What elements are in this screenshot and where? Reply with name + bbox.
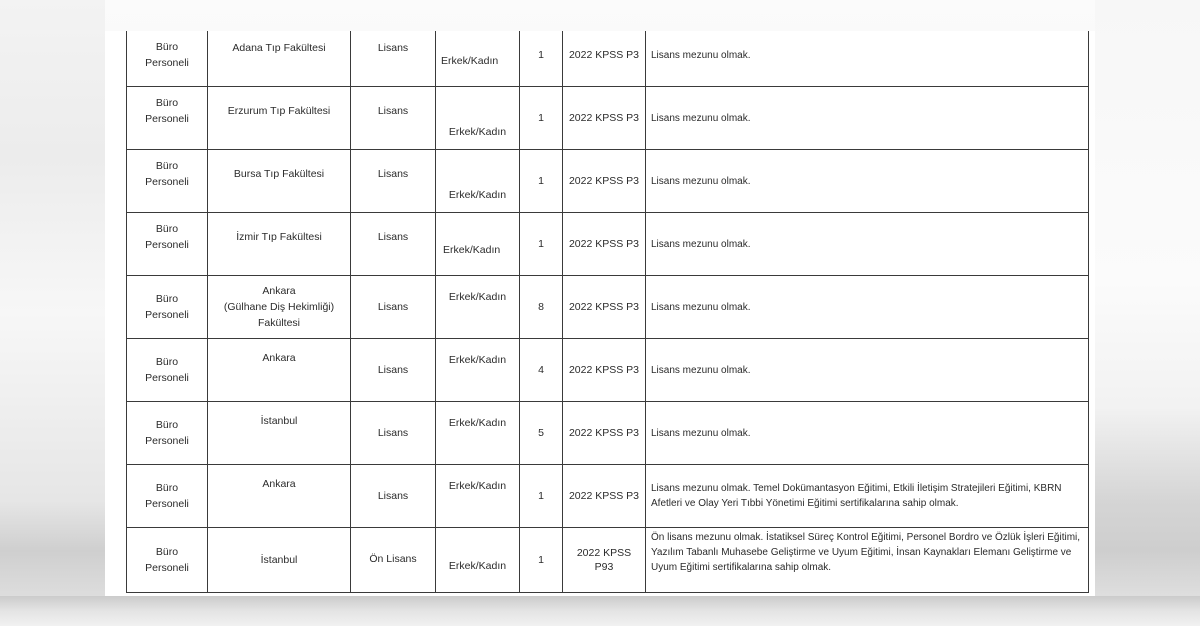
table-row: BüroPersoneli İstanbul Lisans Erkek/Kadı… [127, 402, 1089, 465]
table-row: BüroPersoneli Ankara Lisans Erkek/Kadın … [127, 339, 1089, 402]
job-listing-table: BüroPersoneli Adana Tıp Fakültesi Lisans… [126, 31, 1089, 593]
gender-text: Erkek/Kadın [449, 189, 506, 201]
count-text: 1 [538, 112, 544, 124]
unit-cell: Erzurum Tıp Fakültesi [208, 87, 351, 150]
education-cell: Ön Lisans [351, 528, 436, 593]
gender-cell: Erkek/Kadın [436, 31, 520, 87]
requirements-text: Lisans mezunu olmak. [651, 428, 751, 439]
exam-text: 2022 KPSS P3 [569, 490, 639, 502]
exam-text: 2022 KPSS P3 [569, 112, 639, 124]
count-text: 8 [538, 301, 544, 313]
requirements-text: Lisans mezunu olmak. [651, 365, 751, 376]
exam-cell: 2022 KPSS P3 [563, 465, 646, 528]
position-line: Büro [156, 356, 178, 368]
requirements-text: Lisans mezunu olmak. [651, 176, 751, 187]
education-text: Ön Lisans [369, 553, 416, 565]
exam-cell: 2022 KPSS P3 [563, 31, 646, 87]
gender-text: Erkek/Kadın [449, 417, 506, 429]
position-line: Büro [156, 160, 178, 172]
education-cell: Lisans [351, 87, 436, 150]
position-line: Büro [156, 482, 178, 494]
count-cell: 1 [520, 465, 563, 528]
position-cell: BüroPersoneli [127, 528, 208, 593]
requirements-text: Ön lisans mezunu olmak. İstatiksel Süreç… [651, 532, 1080, 573]
exam-cell: 2022 KPSS P3 [563, 402, 646, 465]
unit-cell: Ankara [208, 339, 351, 402]
background-blur-bottom [0, 596, 1200, 626]
exam-text: 2022 KPSS P3 [569, 301, 639, 313]
position-line: Büro [156, 419, 178, 431]
position-line: Personeli [145, 113, 189, 125]
table-row: BüroPersoneli İstanbul Ön Lisans Erkek/K… [127, 528, 1089, 593]
unit-text: İzmir Tıp Fakültesi [236, 231, 322, 243]
position-line: Personeli [145, 239, 189, 251]
unit-text: Erzurum Tıp Fakültesi [228, 105, 331, 117]
gender-text: Erkek/Kadın [449, 126, 506, 138]
position-line: Personeli [145, 435, 189, 447]
unit-text: Bursa Tıp Fakültesi [234, 168, 324, 180]
position-cell: BüroPersoneli [127, 339, 208, 402]
count-cell: 1 [520, 528, 563, 593]
position-line: Personeli [145, 309, 189, 321]
unit-cell: İzmir Tıp Fakültesi [208, 213, 351, 276]
education-cell: Lisans [351, 31, 436, 87]
requirements-cell: Ön lisans mezunu olmak. İstatiksel Süreç… [646, 528, 1089, 593]
exam-text: 2022 KPSS P3 [569, 175, 639, 187]
count-text: 5 [538, 427, 544, 439]
position-cell: BüroPersoneli [127, 31, 208, 87]
education-text: Lisans [378, 364, 408, 376]
count-cell: 1 [520, 87, 563, 150]
education-text: Lisans [378, 105, 408, 117]
exam-text: 2022 KPSS P93 [577, 547, 631, 573]
unit-text: Ankara [262, 352, 295, 364]
requirements-cell: Lisans mezunu olmak. Temel Dokümantasyon… [646, 465, 1089, 528]
requirements-cell: Lisans mezunu olmak. [646, 402, 1089, 465]
requirements-cell: Lisans mezunu olmak. [646, 150, 1089, 213]
table-row: BüroPersoneli Ankara(Gülhane Diş Hekimli… [127, 276, 1089, 339]
table-row: BüroPersoneli Bursa Tıp Fakültesi Lisans… [127, 150, 1089, 213]
count-text: 1 [538, 554, 544, 566]
exam-cell: 2022 KPSS P3 [563, 339, 646, 402]
gender-text: Erkek/Kadın [449, 480, 506, 492]
exam-cell: 2022 KPSS P3 [563, 276, 646, 339]
education-text: Lisans [378, 427, 408, 439]
unit-cell: İstanbul [208, 402, 351, 465]
gender-cell: Erkek/Kadın [436, 465, 520, 528]
background-blur-left [0, 0, 105, 626]
exam-cell: 2022 KPSS P3 [563, 87, 646, 150]
position-line: Büro [156, 293, 178, 305]
count-cell: 1 [520, 31, 563, 87]
requirements-text: Lisans mezunu olmak. [651, 113, 751, 124]
count-text: 1 [538, 238, 544, 250]
education-text: Lisans [378, 42, 408, 54]
position-line: Personeli [145, 176, 189, 188]
requirements-cell: Lisans mezunu olmak. [646, 87, 1089, 150]
document-page: BüroPersoneli Adana Tıp Fakültesi Lisans… [105, 31, 1095, 596]
unit-line: Ankara [262, 285, 295, 297]
education-cell: Lisans [351, 150, 436, 213]
requirements-text: Lisans mezunu olmak. [651, 239, 751, 250]
gender-cell: Erkek/Kadın [436, 276, 520, 339]
gender-cell: Erkek/Kadın [436, 402, 520, 465]
table-row: BüroPersoneli Adana Tıp Fakültesi Lisans… [127, 31, 1089, 87]
exam-cell: 2022 KPSS P3 [563, 150, 646, 213]
exam-text: 2022 KPSS P3 [569, 238, 639, 250]
table-row: BüroPersoneli Erzurum Tıp Fakültesi Lisa… [127, 87, 1089, 150]
gender-cell: Erkek/Kadın [436, 87, 520, 150]
position-cell: BüroPersoneli [127, 213, 208, 276]
position-line: Büro [156, 223, 178, 235]
count-cell: 1 [520, 213, 563, 276]
unit-text: İstanbul [261, 415, 298, 427]
exam-cell: 2022 KPSS P3 [563, 213, 646, 276]
count-cell: 4 [520, 339, 563, 402]
unit-line: (Gülhane Diş Hekimliği) [224, 301, 334, 313]
exam-cell: 2022 KPSS P93 [563, 528, 646, 593]
unit-cell: Ankara [208, 465, 351, 528]
education-cell: Lisans [351, 339, 436, 402]
unit-cell: Adana Tıp Fakültesi [208, 31, 351, 87]
exam-text: 2022 KPSS P3 [569, 427, 639, 439]
count-text: 1 [538, 49, 544, 61]
unit-line: Fakültesi [258, 317, 300, 329]
unit-cell: Ankara(Gülhane Diş Hekimliği)Fakültesi [208, 276, 351, 339]
gender-text: Erkek/Kadın [443, 244, 500, 256]
exam-text: 2022 KPSS P3 [569, 49, 639, 61]
gender-cell: Erkek/Kadın [436, 213, 520, 276]
gender-text: Erkek/Kadın [449, 560, 506, 572]
position-line: Büro [156, 41, 178, 53]
education-cell: Lisans [351, 465, 436, 528]
gender-cell: Erkek/Kadın [436, 339, 520, 402]
position-cell: BüroPersoneli [127, 465, 208, 528]
position-line: Büro [156, 97, 178, 109]
gender-text: Erkek/Kadın [449, 291, 506, 303]
gender-text: Erkek/Kadın [449, 354, 506, 366]
unit-text: İstanbul [261, 554, 298, 566]
education-text: Lisans [378, 490, 408, 502]
table-row: BüroPersoneli Ankara Lisans Erkek/Kadın … [127, 465, 1089, 528]
position-cell: BüroPersoneli [127, 276, 208, 339]
count-text: 1 [538, 175, 544, 187]
position-cell: BüroPersoneli [127, 402, 208, 465]
requirements-cell: Lisans mezunu olmak. [646, 213, 1089, 276]
education-text: Lisans [378, 301, 408, 313]
table-row: BüroPersoneli İzmir Tıp Fakültesi Lisans… [127, 213, 1089, 276]
education-cell: Lisans [351, 402, 436, 465]
position-cell: BüroPersoneli [127, 87, 208, 150]
count-cell: 5 [520, 402, 563, 465]
gender-cell: Erkek/Kadın [436, 150, 520, 213]
count-cell: 1 [520, 150, 563, 213]
education-text: Lisans [378, 168, 408, 180]
education-cell: Lisans [351, 213, 436, 276]
position-line: Personeli [145, 372, 189, 384]
count-cell: 8 [520, 276, 563, 339]
unit-text: Ankara [262, 478, 295, 490]
education-cell: Lisans [351, 276, 436, 339]
education-text: Lisans [378, 231, 408, 243]
background-blur-right [1095, 0, 1200, 626]
requirements-cell: Lisans mezunu olmak. [646, 339, 1089, 402]
exam-text: 2022 KPSS P3 [569, 364, 639, 376]
unit-cell: Bursa Tıp Fakültesi [208, 150, 351, 213]
position-line: Personeli [145, 562, 189, 574]
requirements-text: Lisans mezunu olmak. Temel Dokümantasyon… [651, 483, 1062, 509]
gender-text: Erkek/Kadın [441, 55, 498, 67]
requirements-cell: Lisans mezunu olmak. [646, 276, 1089, 339]
count-text: 1 [538, 490, 544, 502]
requirements-cell: Lisans mezunu olmak. [646, 31, 1089, 87]
unit-cell: İstanbul [208, 528, 351, 593]
position-line: Personeli [145, 57, 189, 69]
requirements-text: Lisans mezunu olmak. [651, 50, 751, 61]
position-cell: BüroPersoneli [127, 150, 208, 213]
requirements-text: Lisans mezunu olmak. [651, 302, 751, 313]
unit-text: Adana Tıp Fakültesi [232, 42, 325, 54]
position-line: Personeli [145, 498, 189, 510]
gender-cell: Erkek/Kadın [436, 528, 520, 593]
position-line: Büro [156, 546, 178, 558]
count-text: 4 [538, 364, 544, 376]
